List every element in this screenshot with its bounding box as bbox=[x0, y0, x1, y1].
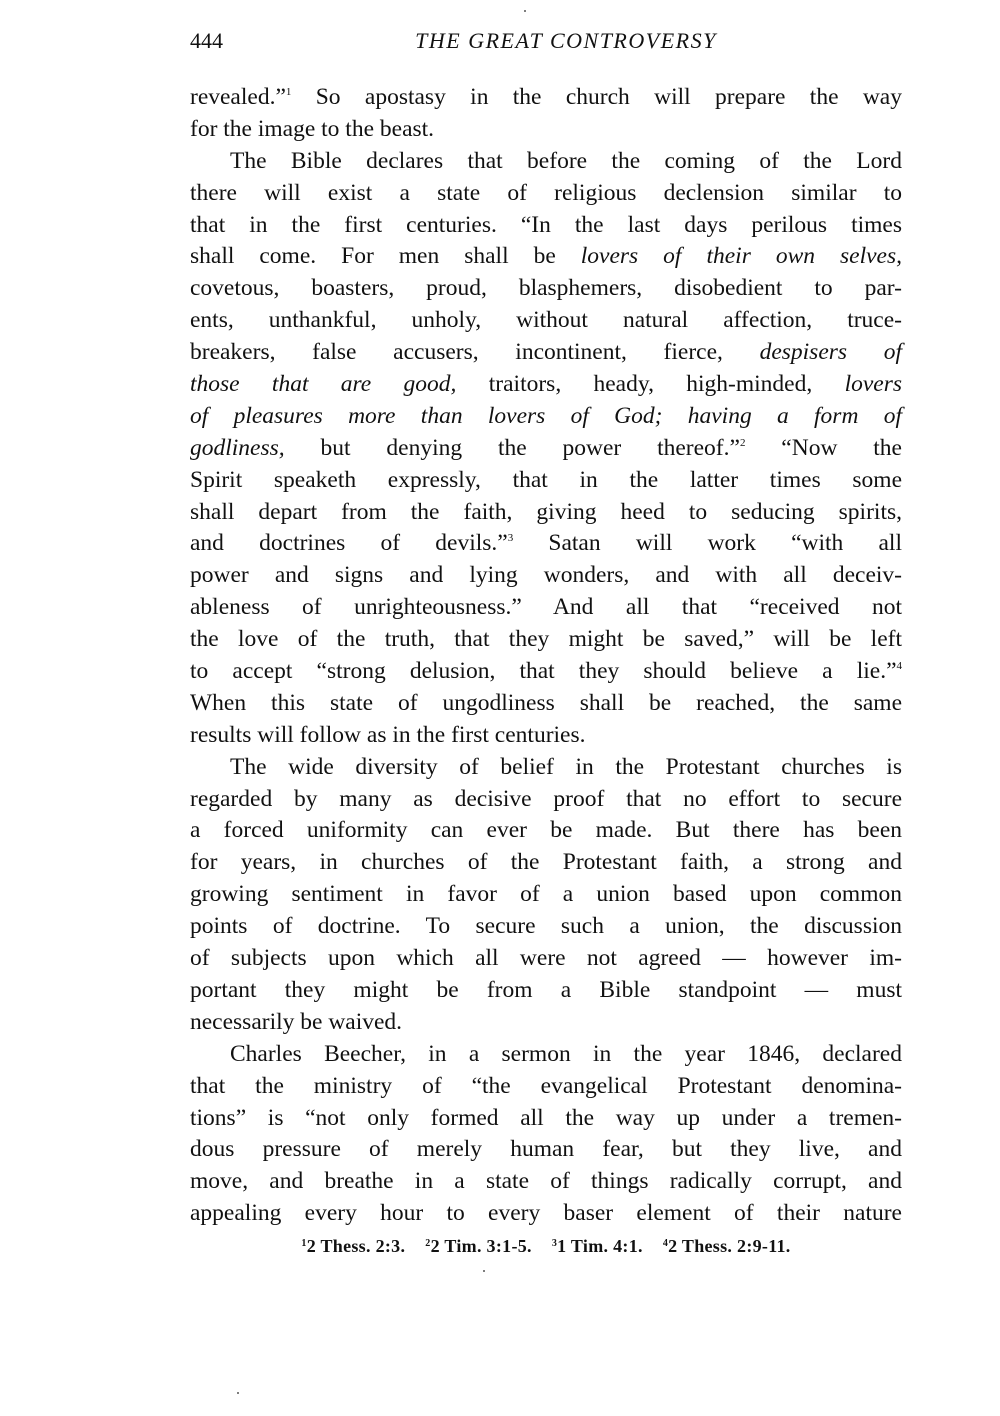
text-run: the love of the truth, that they might b… bbox=[190, 626, 902, 652]
text-line: necessarily be waived. bbox=[190, 1007, 902, 1039]
running-head: 444 THE GREAT CONTROVERSY bbox=[190, 28, 902, 58]
text-line: portant they might be from a Bible stand… bbox=[190, 975, 902, 1007]
text-line: godliness, but denying the power thereof… bbox=[190, 433, 902, 465]
italic-text: lovers bbox=[845, 371, 902, 397]
italic-text: despisers of bbox=[760, 339, 902, 365]
footnote-reference: 2 Thess. 2:3. bbox=[307, 1236, 406, 1256]
text-run: ents, unthankful, unholy, without natura… bbox=[190, 307, 902, 333]
italic-text: lovers of their own selves, bbox=[581, 243, 902, 269]
text-run: that the ministry of “the evangelical Pr… bbox=[190, 1073, 902, 1099]
footnote: 12 Thess. 2:3. bbox=[301, 1236, 405, 1257]
footnote: 22 Tim. 3:1-5. bbox=[425, 1236, 532, 1257]
scan-speck bbox=[524, 10, 526, 12]
text-line: the love of the truth, that they might b… bbox=[190, 624, 902, 656]
text-line: for years, in churches of the Protestant… bbox=[190, 847, 902, 879]
text-run: “Now the bbox=[745, 435, 902, 461]
text-run: growing sentiment in favor of a union ba… bbox=[190, 881, 902, 907]
footnote-marker: 4 bbox=[897, 660, 903, 672]
text-run: of subjects upon which all were not agre… bbox=[190, 945, 902, 971]
text-line: shall come. For men shall be lovers of t… bbox=[190, 241, 902, 273]
text-line: breakers, false accusers, incontinent, f… bbox=[190, 337, 902, 369]
body-text: revealed.”1 So apostasy in the church wi… bbox=[190, 82, 902, 1230]
paragraph: revealed.”1 So apostasy in the church wi… bbox=[190, 82, 902, 146]
text-run: shall depart from the faith, giving heed… bbox=[190, 499, 902, 525]
text-run: that in the first centuries. “In the las… bbox=[190, 212, 902, 238]
text-run: to accept “strong delusion, that they sh… bbox=[190, 658, 897, 684]
footnote-reference: 2 Tim. 3:1-5. bbox=[431, 1236, 532, 1256]
text-line: power and signs and lying wonders, and w… bbox=[190, 560, 902, 592]
text-line: The Bible declares that before the comin… bbox=[190, 146, 902, 178]
text-line: When this state of ungodliness shall be … bbox=[190, 688, 902, 720]
text-run: So apostasy in the church will prepare t… bbox=[291, 84, 902, 110]
text-line: that the ministry of “the evangelical Pr… bbox=[190, 1071, 902, 1103]
text-run: appealing every hour to every baser elem… bbox=[190, 1200, 902, 1226]
footnote: 42 Thess. 2:9-11. bbox=[663, 1236, 791, 1257]
text-run: move, and breathe in a state of things r… bbox=[190, 1168, 902, 1194]
paragraph: The Bible declares that before the comin… bbox=[190, 146, 902, 752]
text-run: there will exist a state of religious de… bbox=[190, 180, 902, 206]
scan-speck bbox=[483, 1270, 485, 1272]
text-run: necessarily be waived. bbox=[190, 1009, 402, 1035]
text-line: ableness of unrighteousness.” And all th… bbox=[190, 592, 902, 624]
text-run: points of doctrine. To secure such a uni… bbox=[190, 913, 902, 939]
text-run: for the image to the beast. bbox=[190, 116, 434, 142]
text-run: Spirit speaketh expressly, that in the l… bbox=[190, 467, 902, 493]
text-line: Charles Beecher, in a sermon in the year… bbox=[190, 1039, 902, 1071]
footnotes: 12 Thess. 2:3.22 Tim. 3:1-5.31 Tim. 4:1.… bbox=[190, 1236, 902, 1257]
text-run: and doctrines of devils.” bbox=[190, 530, 508, 556]
text-line: points of doctrine. To secure such a uni… bbox=[190, 911, 902, 943]
text-run: Charles Beecher, in a sermon in the year… bbox=[230, 1041, 902, 1067]
text-line: dous pressure of merely human fear, but … bbox=[190, 1134, 902, 1166]
footnote: 31 Tim. 4:1. bbox=[552, 1236, 643, 1257]
text-run: The wide diversity of belief in the Prot… bbox=[230, 754, 902, 780]
text-run: results will follow as in the first cent… bbox=[190, 722, 586, 748]
paragraph: Charles Beecher, in a sermon in the year… bbox=[190, 1039, 902, 1230]
text-run: a forced uniformity can ever be made. Bu… bbox=[190, 817, 902, 843]
italic-text: those that are good, bbox=[190, 371, 456, 397]
scan-speck bbox=[237, 1392, 239, 1394]
text-run: breakers, false accusers, incontinent, f… bbox=[190, 339, 760, 365]
book-title: THE GREAT CONTROVERSY bbox=[190, 28, 902, 54]
book-page: 444 THE GREAT CONTROVERSY revealed.”1 So… bbox=[0, 0, 1000, 1416]
text-line: Spirit speaketh expressly, that in the l… bbox=[190, 465, 902, 497]
text-line: The wide diversity of belief in the Prot… bbox=[190, 752, 902, 784]
text-run: tions” is “not only formed all the way u… bbox=[190, 1105, 902, 1131]
text-line: move, and breathe in a state of things r… bbox=[190, 1166, 902, 1198]
text-line: results will follow as in the first cent… bbox=[190, 720, 902, 752]
text-run: portant they might be from a Bible stand… bbox=[190, 977, 902, 1003]
text-line: those that are good, traitors, heady, hi… bbox=[190, 369, 902, 401]
text-run: When this state of ungodliness shall be … bbox=[190, 690, 902, 716]
text-line: there will exist a state of religious de… bbox=[190, 178, 902, 210]
footnote-reference: 2 Thess. 2:9-11. bbox=[668, 1236, 791, 1256]
text-run: covetous, boasters, proud, blasphemers, … bbox=[190, 275, 902, 301]
footnote-reference: 1 Tim. 4:1. bbox=[557, 1236, 643, 1256]
text-run: The Bible declares that before the comin… bbox=[230, 148, 902, 174]
text-line: revealed.”1 So apostasy in the church wi… bbox=[190, 82, 902, 114]
text-run: Satan will work “with all bbox=[513, 530, 902, 556]
text-line: that in the first centuries. “In the las… bbox=[190, 210, 902, 242]
text-line: ents, unthankful, unholy, without natura… bbox=[190, 305, 902, 337]
text-run: ableness of unrighteousness.” And all th… bbox=[190, 594, 902, 620]
text-line: appealing every hour to every baser elem… bbox=[190, 1198, 902, 1230]
text-line: for the image to the beast. bbox=[190, 114, 902, 146]
text-run: traitors, heady, high-minded, bbox=[456, 371, 844, 397]
text-run: dous pressure of merely human fear, but … bbox=[190, 1136, 902, 1162]
italic-text: of pleasures more than lovers of God; ha… bbox=[190, 403, 902, 429]
italic-text: godliness, bbox=[190, 435, 285, 461]
text-run: shall come. For men shall be bbox=[190, 243, 581, 269]
paragraph: The wide diversity of belief in the Prot… bbox=[190, 752, 902, 1039]
text-run: but denying the power thereof.” bbox=[285, 435, 740, 461]
text-line: covetous, boasters, proud, blasphemers, … bbox=[190, 273, 902, 305]
text-line: regarded by many as decisive proof that … bbox=[190, 784, 902, 816]
text-run: for years, in churches of the Protestant… bbox=[190, 849, 902, 875]
text-line: of pleasures more than lovers of God; ha… bbox=[190, 401, 902, 433]
text-run: power and signs and lying wonders, and w… bbox=[190, 562, 902, 588]
text-run: regarded by many as decisive proof that … bbox=[190, 786, 902, 812]
text-line: growing sentiment in favor of a union ba… bbox=[190, 879, 902, 911]
text-line: of subjects upon which all were not agre… bbox=[190, 943, 902, 975]
text-run: revealed.” bbox=[190, 84, 286, 110]
text-line: shall depart from the faith, giving heed… bbox=[190, 497, 902, 529]
text-line: a forced uniformity can ever be made. Bu… bbox=[190, 815, 902, 847]
text-line: to accept “strong delusion, that they sh… bbox=[190, 656, 902, 688]
text-line: tions” is “not only formed all the way u… bbox=[190, 1103, 902, 1135]
text-line: and doctrines of devils.”3 Satan will wo… bbox=[190, 528, 902, 560]
